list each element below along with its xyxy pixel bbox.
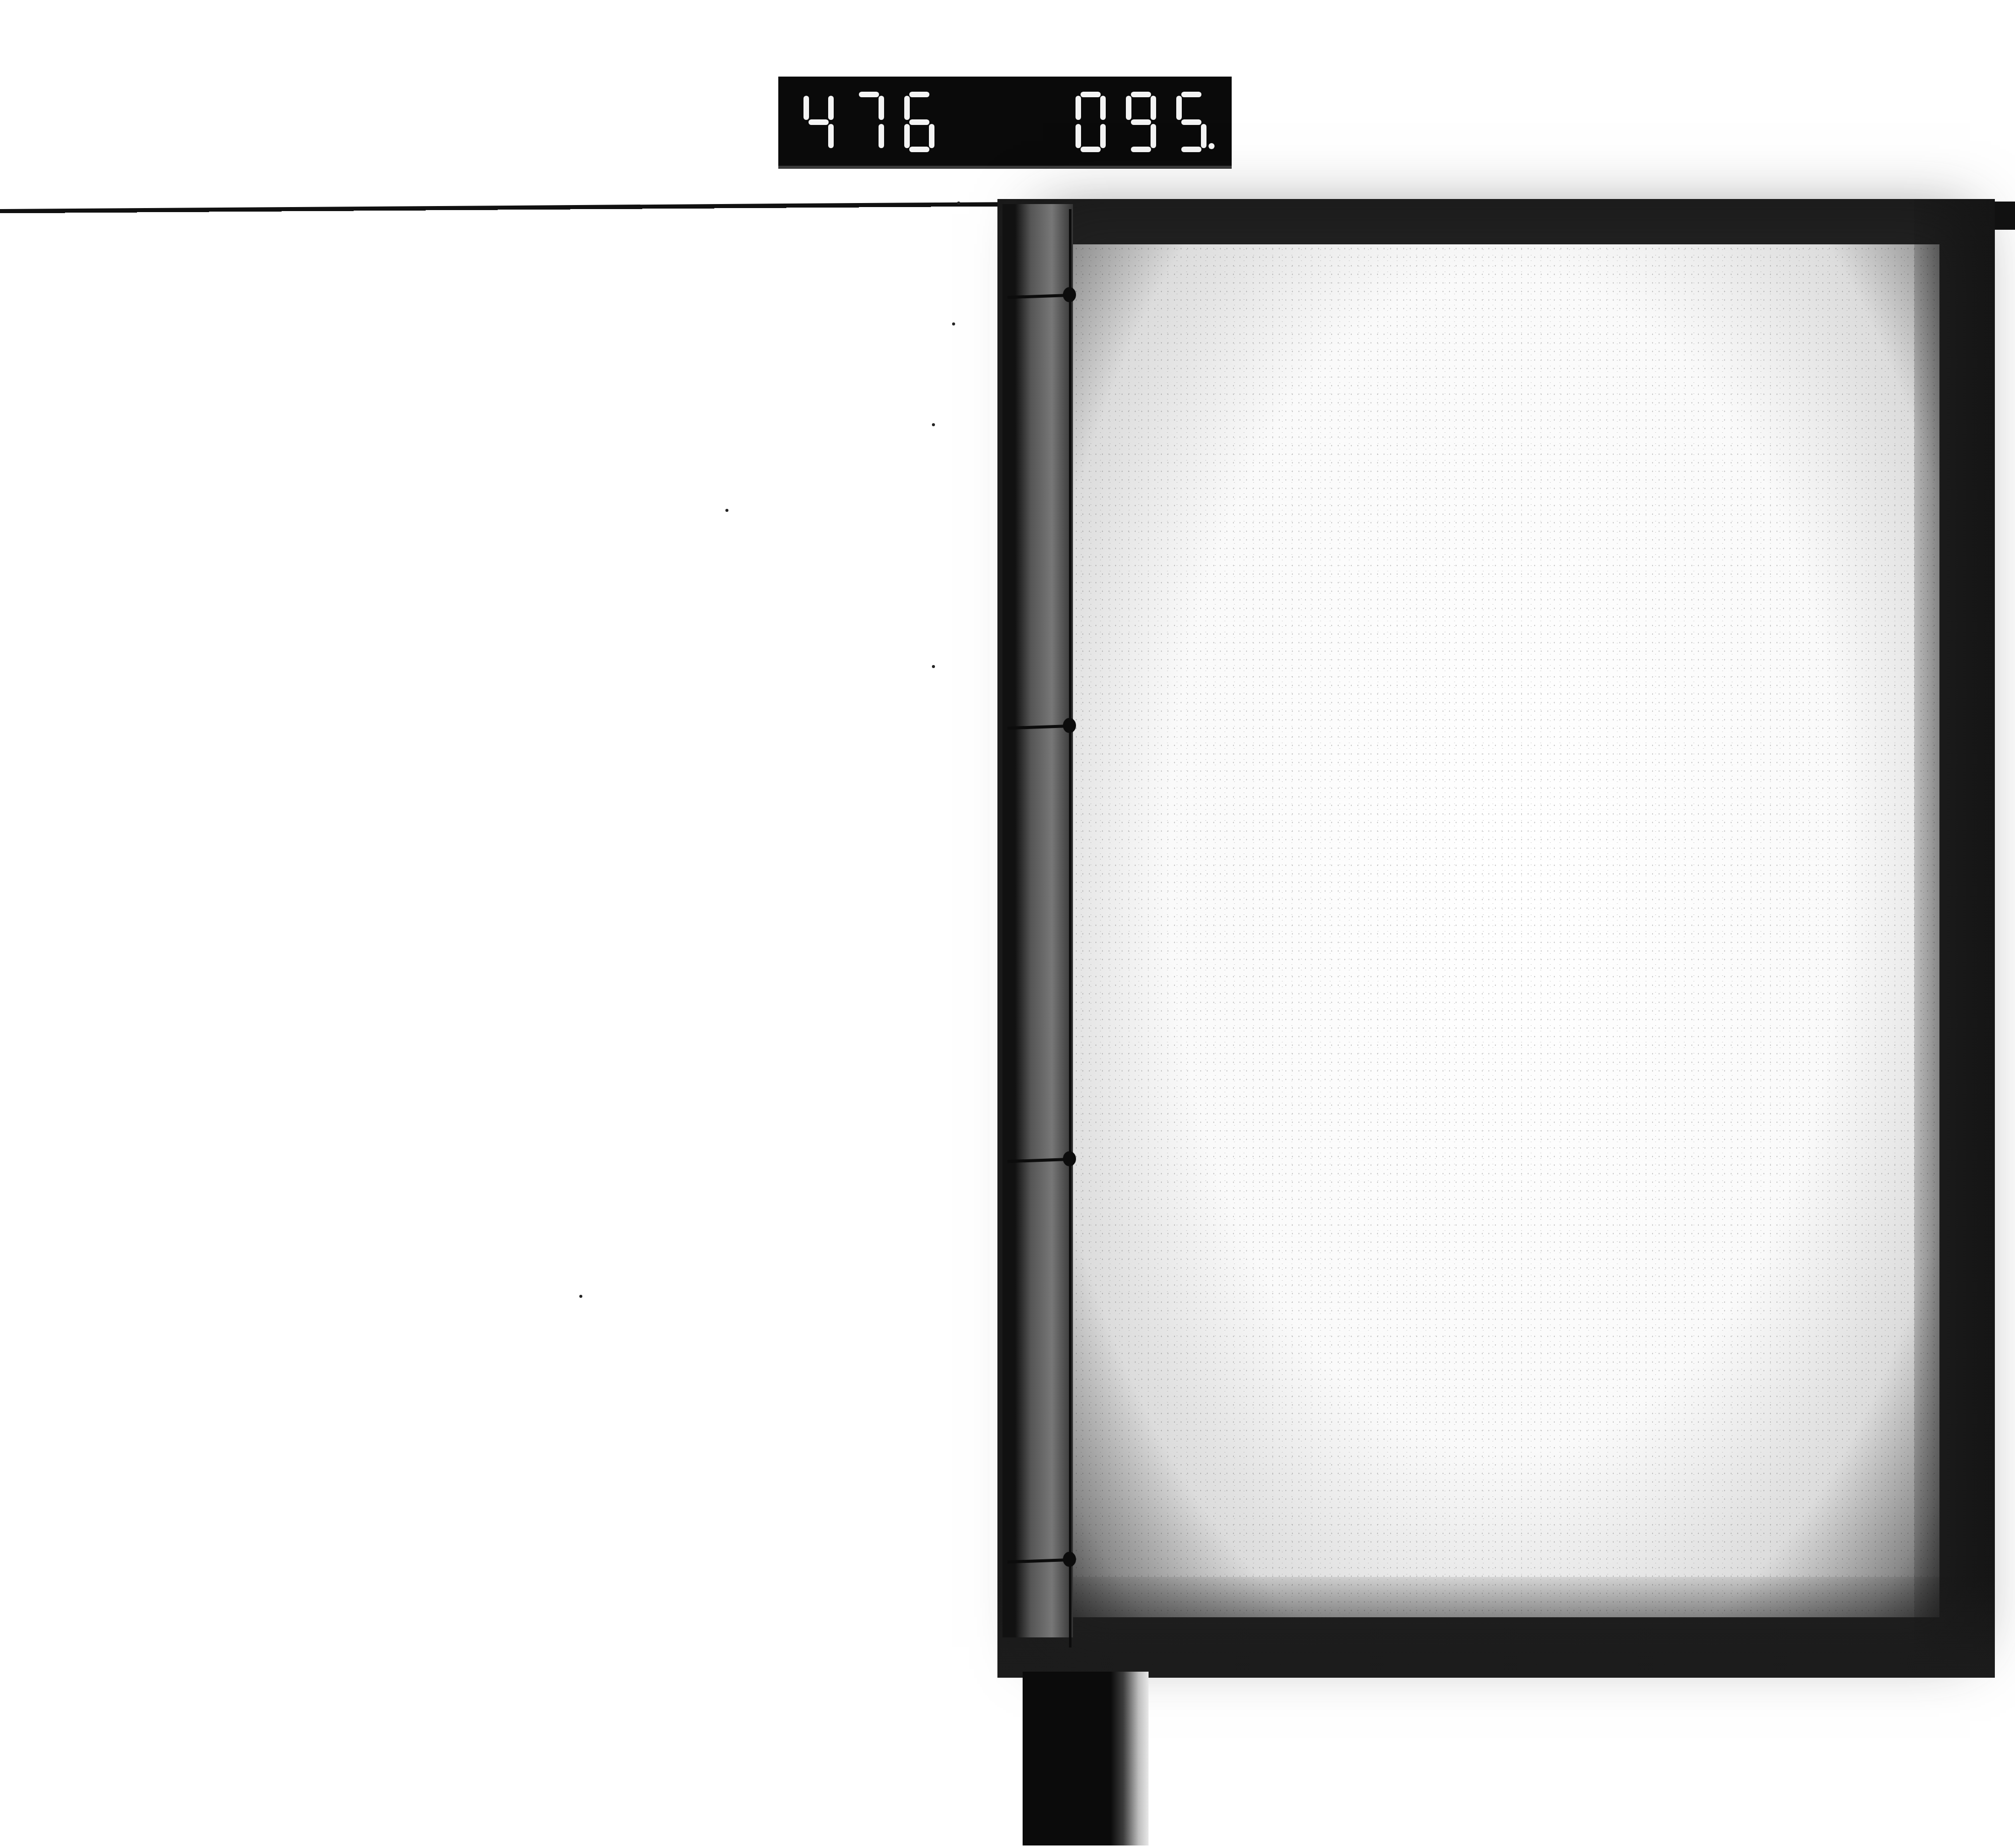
- counter-digit: [1076, 92, 1106, 152]
- binding-knot: [1063, 1151, 1076, 1166]
- underlying-page-edge: [1023, 1672, 1149, 1845]
- counter-left-group: [803, 92, 934, 152]
- paper-texture: [1073, 244, 1939, 1617]
- dust-speck: [725, 509, 728, 512]
- counter-digit: [803, 92, 834, 152]
- adjacent-page-tab: [1995, 202, 2015, 230]
- counter-decimal-point: [1208, 143, 1215, 149]
- binding-spine: [1002, 204, 1073, 1637]
- dust-speck: [579, 1295, 582, 1298]
- counter-right-group: [1076, 92, 1206, 152]
- binding-knot: [1063, 718, 1076, 733]
- cover-edge-shadow-right: [1914, 199, 1995, 1678]
- counter-digit: [1126, 92, 1156, 152]
- counter-digit: [1176, 92, 1206, 152]
- dust-speck: [932, 423, 935, 426]
- counter-text: 476 095.: [778, 77, 779, 77]
- binding-thread: [1069, 209, 1071, 1647]
- dust-speck: [932, 665, 935, 668]
- reel-frame-counter: 476 095.: [778, 77, 1232, 169]
- counter-digit: [854, 92, 884, 152]
- dust-speck: [952, 322, 955, 325]
- binding-knot: [1063, 1552, 1076, 1567]
- book-cover: [997, 199, 1995, 1678]
- film-edge-line: [0, 202, 1000, 216]
- cover-panel: [1073, 244, 1939, 1617]
- dust-speck: [957, 202, 960, 205]
- cover-edge-shadow-bottom: [997, 1577, 1995, 1678]
- counter-digit: [904, 92, 934, 152]
- binding-knot: [1063, 287, 1076, 302]
